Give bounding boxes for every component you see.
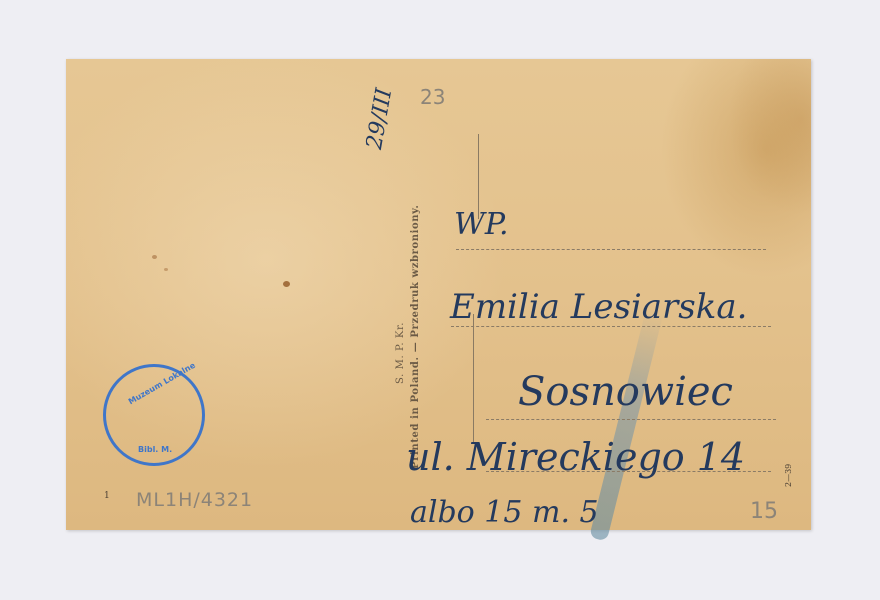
foxing-spot [164,268,168,271]
printed-publisher: S. M. P. Kr. [394,322,408,384]
recipient-city: Sosnowiec [518,369,733,415]
recipient-alt-line: albo 15 m. 5 [410,495,599,530]
water-stain [589,309,663,541]
library-stamp: Muzeum Lokalne Bibl. M. [103,364,205,466]
recipient-street: ul. Mireckiego 14 [406,435,745,479]
pencil-number-bottom-right: 15 [750,499,778,524]
archive-number: ML1H/4321 [136,489,253,511]
pencil-number-top: 23 [420,85,445,109]
printed-legal-line: Printed in Poland. — Przedruk wzbroniony… [409,204,423,469]
stamp-text-top: Muzeum Lokalne [127,361,197,407]
salutation: WP. [454,207,508,242]
corner-number: 1 [104,491,110,501]
stamp-text-bottom: Bibl. M. [138,445,172,454]
divider-line [473,314,474,444]
foxing-spot [283,281,290,287]
foxing-spot [152,255,157,259]
address-line [486,419,776,420]
recipient-name: Emilia Lesiarska. [450,287,747,327]
address-line [456,249,766,250]
series-code: 2—39 [784,464,793,487]
ink-date-annotation: 29/III [362,86,397,151]
